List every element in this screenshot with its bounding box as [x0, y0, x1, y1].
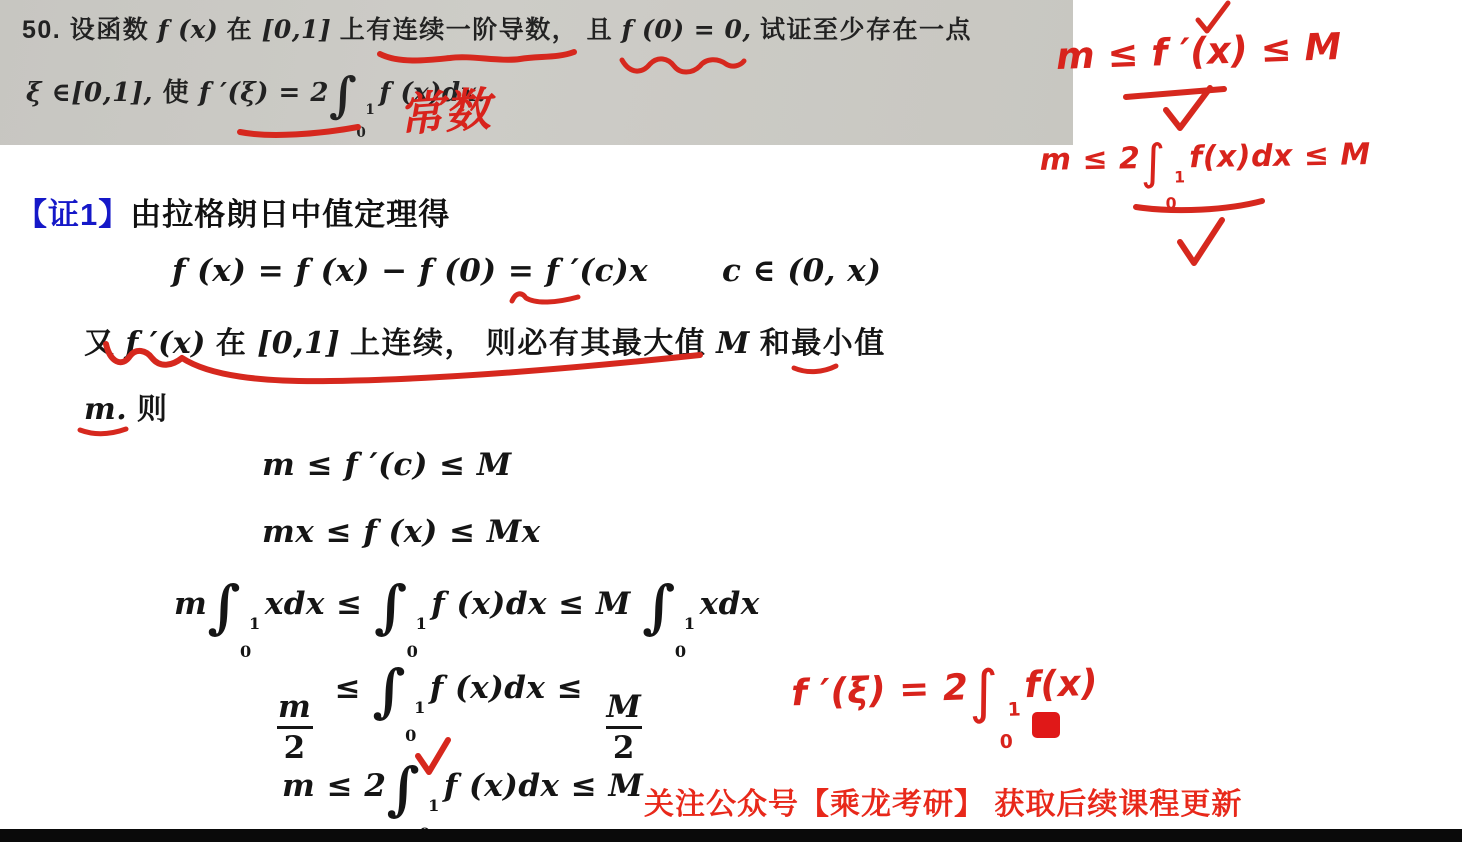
proof-heading: 【证1】由拉格朗日中值定理得 [16, 189, 450, 234]
text-continuity: 又 f ′(x) 在 [0,1] 上连续， 则必有其最大值 M 和最小值 [84, 318, 886, 362]
footer-caption: 关注公众号【乘龙考研】 获取后续课程更新 [644, 779, 1242, 823]
checkmark-hw-integral [1180, 220, 1222, 263]
underline-hw-derivative [1126, 89, 1224, 97]
proof-heading-text: 由拉格朗日中值定理得 [130, 197, 450, 232]
proof-tag: 【证1】 [16, 197, 130, 232]
eq-half-bounds: m2 ≤ ∫10f (x)dx ≤ M2 [266, 670, 653, 767]
underline-max-M [794, 366, 836, 372]
lecture-slide: 50. 设函数 f (x) 在 [0,1] 上有连续一阶导数， 且 f (0) … [0, 0, 1462, 842]
checkmark-top-right [1198, 3, 1228, 31]
eq-domain: c ∈ (0, x) [722, 253, 881, 289]
eq-bound-x: mx ≤ f (x) ≤ Mx [262, 514, 541, 550]
underline-min-m [80, 429, 126, 434]
hw-bound-integral: m ≤ 2∫10f(x)dx ≤ M [1039, 137, 1371, 215]
eq-bound-c: m ≤ f ′(c) ≤ M [262, 447, 512, 483]
pen-cursor-block [1032, 712, 1060, 738]
problem-statement-box: 50. 设函数 f (x) 在 [0,1] 上有连续一阶导数， 且 f (0) … [0, 0, 1073, 145]
problem-line-1: 50. 设函数 f (x) 在 [0,1] 上有连续一阶导数， 且 f (0) … [22, 10, 972, 46]
eq-lagrange: f (x) = f (x) − f (0) = f ′(c)x [172, 253, 648, 289]
bottom-letterbox-bar [0, 829, 1462, 842]
text-then: m. 则 [84, 384, 169, 428]
eq-integrate: m∫10xdx ≤ ∫10f (x)dx ≤ M ∫10xdx [174, 586, 760, 660]
checkmark-hw-derivative [1166, 88, 1210, 128]
handwritten-constant-note: 常数 [396, 73, 492, 145]
underline-fprime-c [512, 294, 578, 302]
hw-bound-derivative: m ≤ f ′(x) ≤ M [1055, 25, 1342, 78]
